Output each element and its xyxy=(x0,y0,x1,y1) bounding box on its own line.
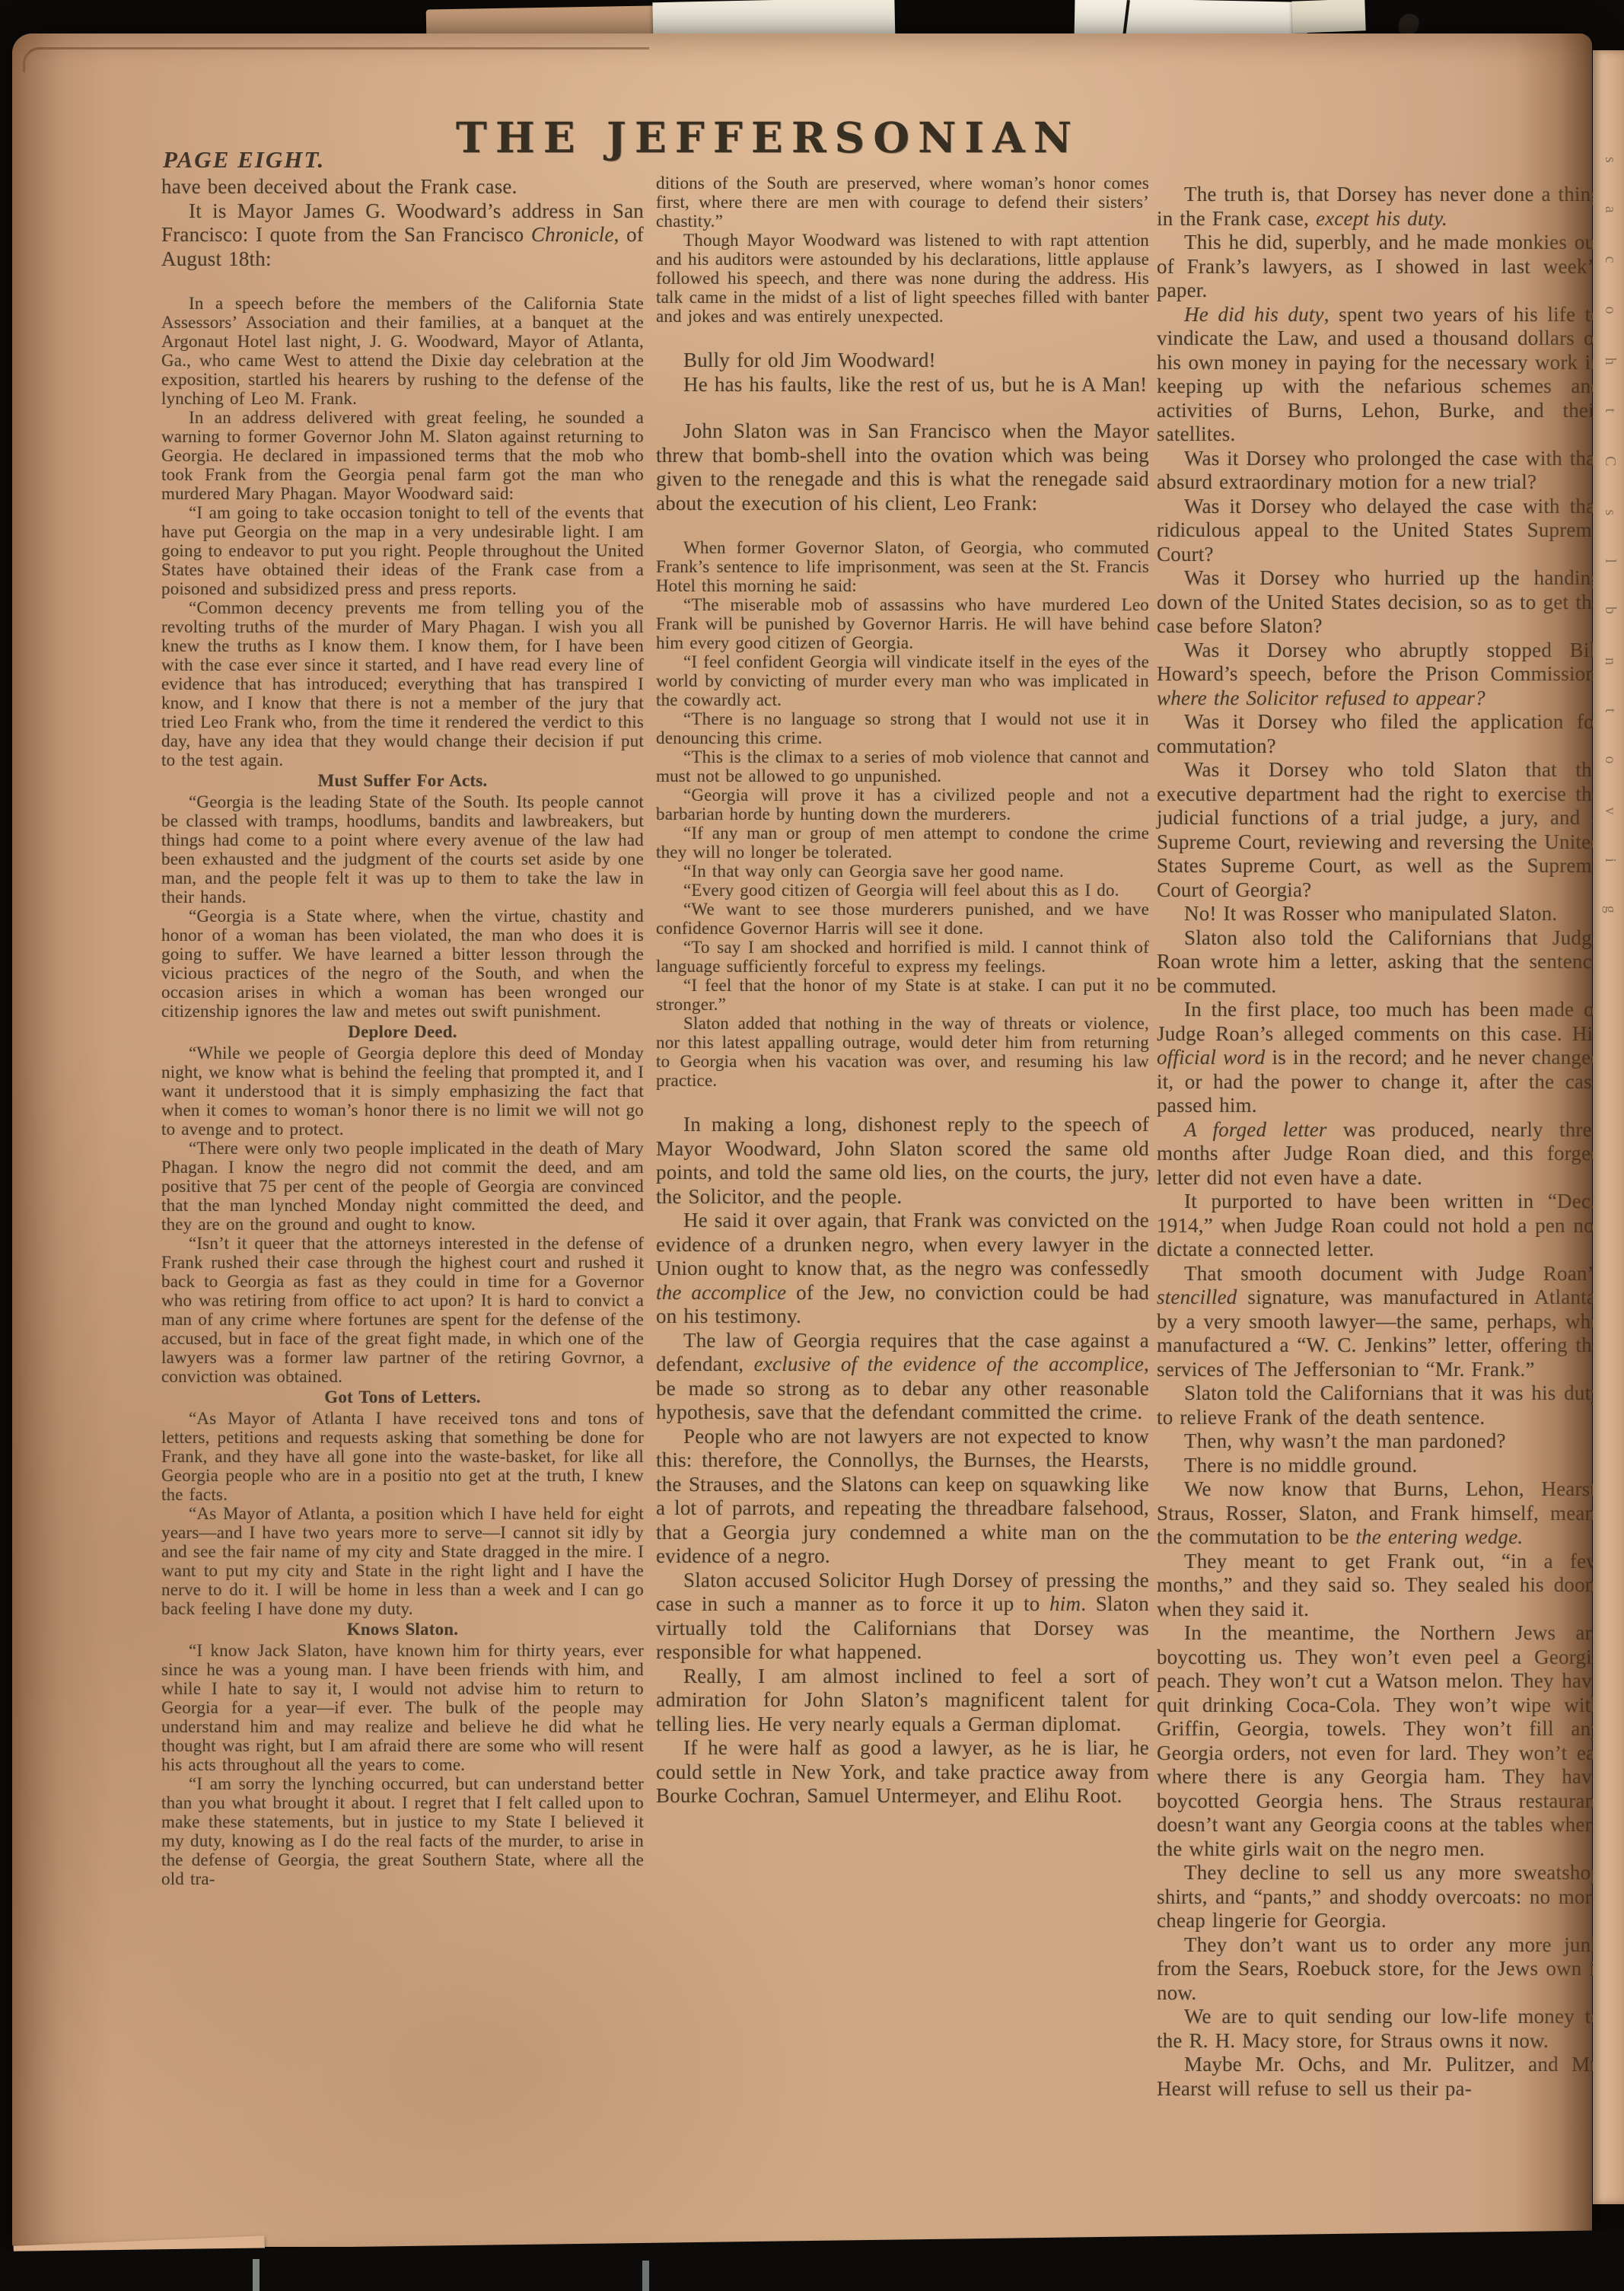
paragraph: If he were half as good a lawyer, as he … xyxy=(656,1736,1149,1808)
paragraph: “If any man or group of men attempt to c… xyxy=(656,824,1149,862)
left-page-shadow xyxy=(12,33,111,2247)
paragraph: Though Mayor Woodward was listened to wi… xyxy=(656,231,1149,326)
paragraph: In making a long, dishonest reply to the… xyxy=(656,1113,1149,1209)
paragraph: “Isn’t it queer that the attorneys inter… xyxy=(161,1234,644,1386)
paragraph: “Common decency prevents me from telling… xyxy=(161,598,644,770)
paragraph: In a speech before the members of the Ca… xyxy=(161,294,644,408)
scanner-mark xyxy=(642,2261,649,2291)
paragraph: “As Mayor of Atlanta I have received ton… xyxy=(161,1409,644,1504)
column-2: ditions of the South are preserved, wher… xyxy=(656,174,1149,1808)
paragraph: People who are not lawyers are not expec… xyxy=(656,1425,1149,1569)
paragraph: “Every good citizen of Georgia will feel… xyxy=(656,881,1149,900)
paragraph: John Slaton was in San Francisco when th… xyxy=(656,419,1149,515)
scanner-mark xyxy=(253,2259,260,2291)
paragraph: When former Governor Slaton, of Georgia,… xyxy=(656,538,1149,595)
paragraph: “To say I am shocked and horrified is mi… xyxy=(656,938,1149,976)
newspaper-page: PAGE EIGHT. THE JEFFERSONIAN have been d… xyxy=(12,33,1592,2247)
masthead-title: THE JEFFERSONIAN xyxy=(12,113,1524,162)
paragraph: Slaton accused Solicitor Hugh Dorsey of … xyxy=(656,1569,1149,1665)
paragraph: He has his faults, like the rest of us, … xyxy=(656,373,1149,397)
paragraph: “The miserable mob of assassins who have… xyxy=(656,595,1149,652)
paragraph: have been deceived about the Frank case. xyxy=(161,175,644,199)
section-heading: Must Suffer For Acts. xyxy=(161,770,644,792)
paragraph: Bully for old Jim Woodward! xyxy=(656,349,1149,373)
paragraph: “I know Jack Slaton, have known him for … xyxy=(161,1641,644,1774)
paragraph: It is Mayor James G. Woodward’s address … xyxy=(161,199,644,272)
next-page-sliver: s a c o h t C s l b n t o v i g xyxy=(1593,50,1624,2204)
stacked-page-edges xyxy=(23,47,649,72)
paragraph: Slaton added that nothing in the way of … xyxy=(656,1014,1149,1090)
section-heading: Deplore Deed. xyxy=(161,1021,644,1044)
section-heading: Got Tons of Letters. xyxy=(161,1386,644,1409)
next-page-partial-text: s a c o h t C s l b n t o v i g xyxy=(1600,157,1619,1984)
paragraph: He said it over again, that Frank was co… xyxy=(656,1209,1149,1329)
paragraph: “While we people of Georgia deplore this… xyxy=(161,1044,644,1139)
section-heading: Knows Slaton. xyxy=(161,1618,644,1641)
newspaper-scan: PAGE EIGHT. THE JEFFERSONIAN have been d… xyxy=(0,0,1624,2291)
paragraph: “I am going to take occasion tonight to … xyxy=(161,503,644,598)
paragraph: ditions of the South are preserved, wher… xyxy=(656,174,1149,231)
paper-scrap-cream xyxy=(1291,0,1365,33)
paragraph: Really, I am almost inclined to feel a s… xyxy=(656,1665,1149,1737)
paragraph: “There were only two people implicated i… xyxy=(161,1139,644,1234)
paragraph: “This is the climax to a series of mob v… xyxy=(656,747,1149,785)
paragraph: In an address delivered with great feeli… xyxy=(161,408,644,503)
paragraph: “We want to see those murderers punished… xyxy=(656,900,1149,938)
paragraph: “As Mayor of Atlanta, a position which I… xyxy=(161,1504,644,1618)
paragraph: “There is no language so strong that I w… xyxy=(656,709,1149,747)
paragraph: The law of Georgia requires that the cas… xyxy=(656,1329,1149,1425)
paragraph: “Georgia is the leading State of the Sou… xyxy=(161,792,644,907)
paragraph: “I am sorry the lynching occurred, but c… xyxy=(161,1774,644,1888)
paragraph: “I feel confident Georgia will vindicate… xyxy=(656,652,1149,709)
column-1: have been deceived about the Frank case.… xyxy=(161,175,644,1888)
paragraph: “In that way only can Georgia save her g… xyxy=(656,862,1149,881)
paragraph: “Georgia is a State where, when the virt… xyxy=(161,907,644,1021)
paragraph: “Georgia will prove it has a civilized p… xyxy=(656,785,1149,824)
paragraph: “I feel that the honor of my State is at… xyxy=(656,976,1149,1014)
page-curl-shadow xyxy=(1516,33,1592,2247)
